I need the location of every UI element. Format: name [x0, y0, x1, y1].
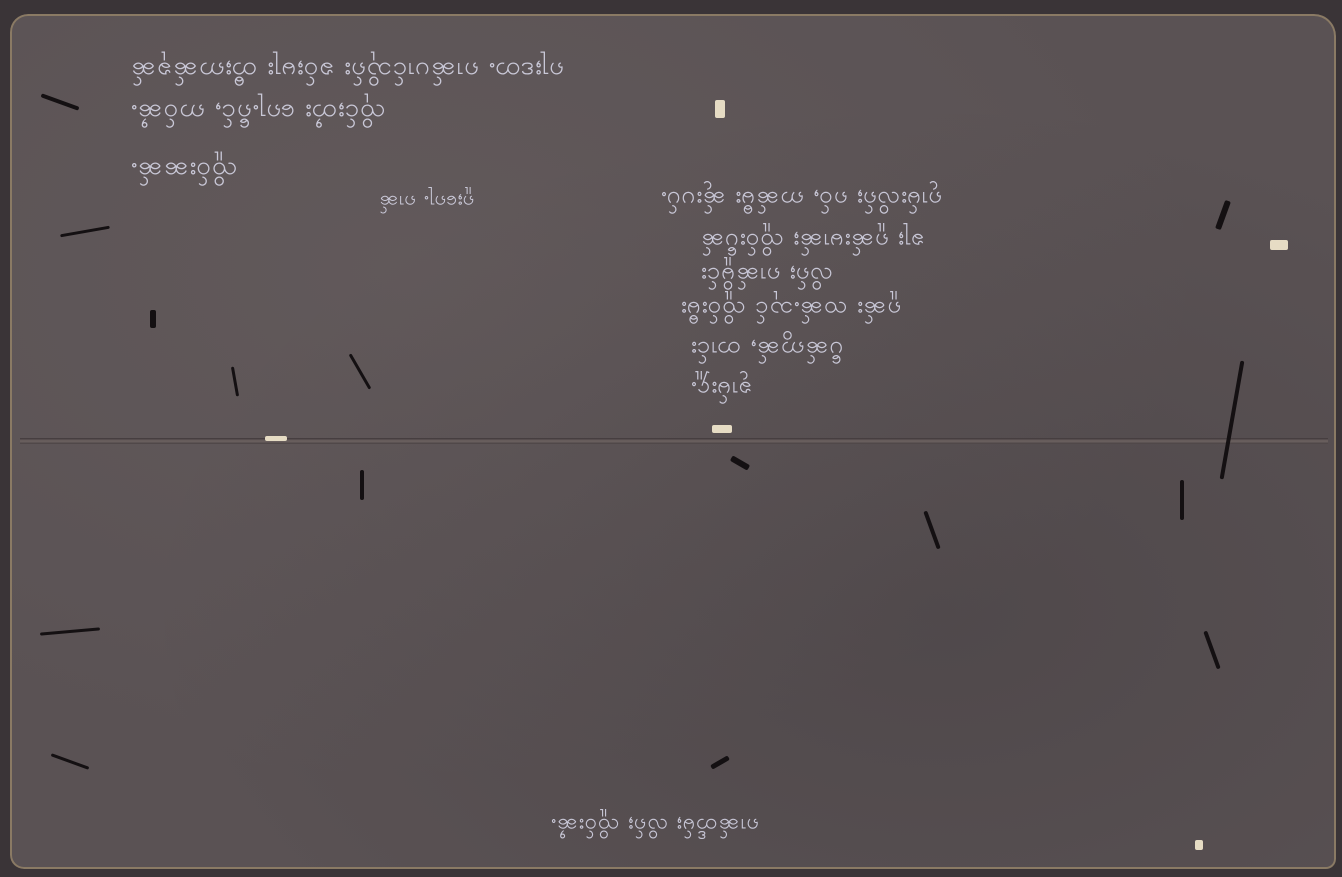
script-fragment: ၵူႈၵေႃႉ ၵၢၼ်: [378, 186, 474, 216]
script-line: ၶႂၢမ်းႁူႉ: [690, 370, 752, 406]
paper-chip: [715, 100, 725, 118]
script-line: ၵႂၢမ်းလိၵ်ႈ ၵဝ်ႇ ဢၼ်မီး ၼႂ်းပပ်ႉ: [660, 180, 942, 216]
paper-chip: [1195, 840, 1203, 850]
crack-mark: [360, 470, 364, 500]
script-line: ၵၢၼ်တႅမ်ႈ လိၵ်ႈ ၸိူဝ်းၼႆႉ: [550, 808, 1130, 841]
script-line: လိၵ်ႈ ၵၢၼ်မိူင်း: [700, 256, 833, 292]
paper-chip: [1270, 240, 1288, 250]
script-line: ၸိူဝ်းၼၼ်ႉ: [130, 150, 390, 189]
script-line: ၵႃႈတႄႉ ၵၢၼ်ပၢင်သိုၵ်း ၶဝ်ႈမႃး တီႈဢၼ်ၶုၼ်: [130, 50, 1280, 89]
fold-crease: [20, 438, 1328, 444]
crack-mark: [150, 310, 156, 328]
script-line: ပဵၼ်ဢွၼ်ႇ တၢင်း: [690, 330, 843, 366]
script-line: ၶႃႈ ၵူၼ်းမၢၼ်ႈ ၸိူဝ်းပဵၼ်: [700, 222, 925, 258]
paper-chip: [712, 425, 732, 433]
paper-chip: [265, 436, 287, 441]
crack-mark: [1180, 480, 1184, 520]
script-line: ၵူၼ်း ၸၼ်ႉသုင် ၸိူဝ်းမီး: [680, 290, 901, 326]
manuscript-page: [10, 14, 1336, 869]
